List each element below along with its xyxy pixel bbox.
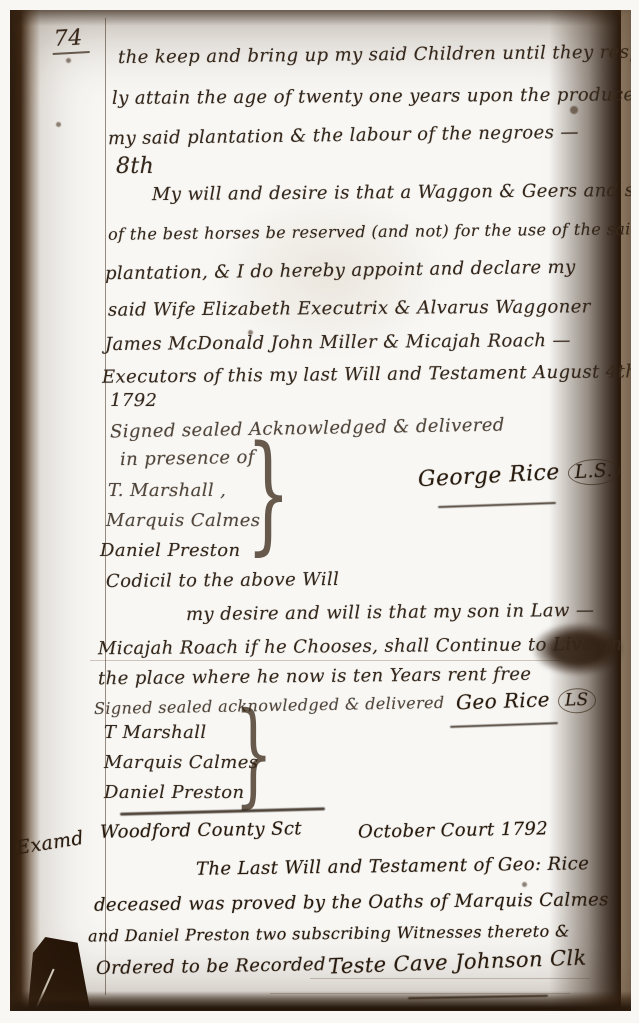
ledger-page: 74 the keep and bring up my said Childre… [10,10,631,1011]
manuscript-photo-frame: 74 the keep and bring up my said Childre… [0,0,639,1023]
photo-vignette [10,10,631,1011]
